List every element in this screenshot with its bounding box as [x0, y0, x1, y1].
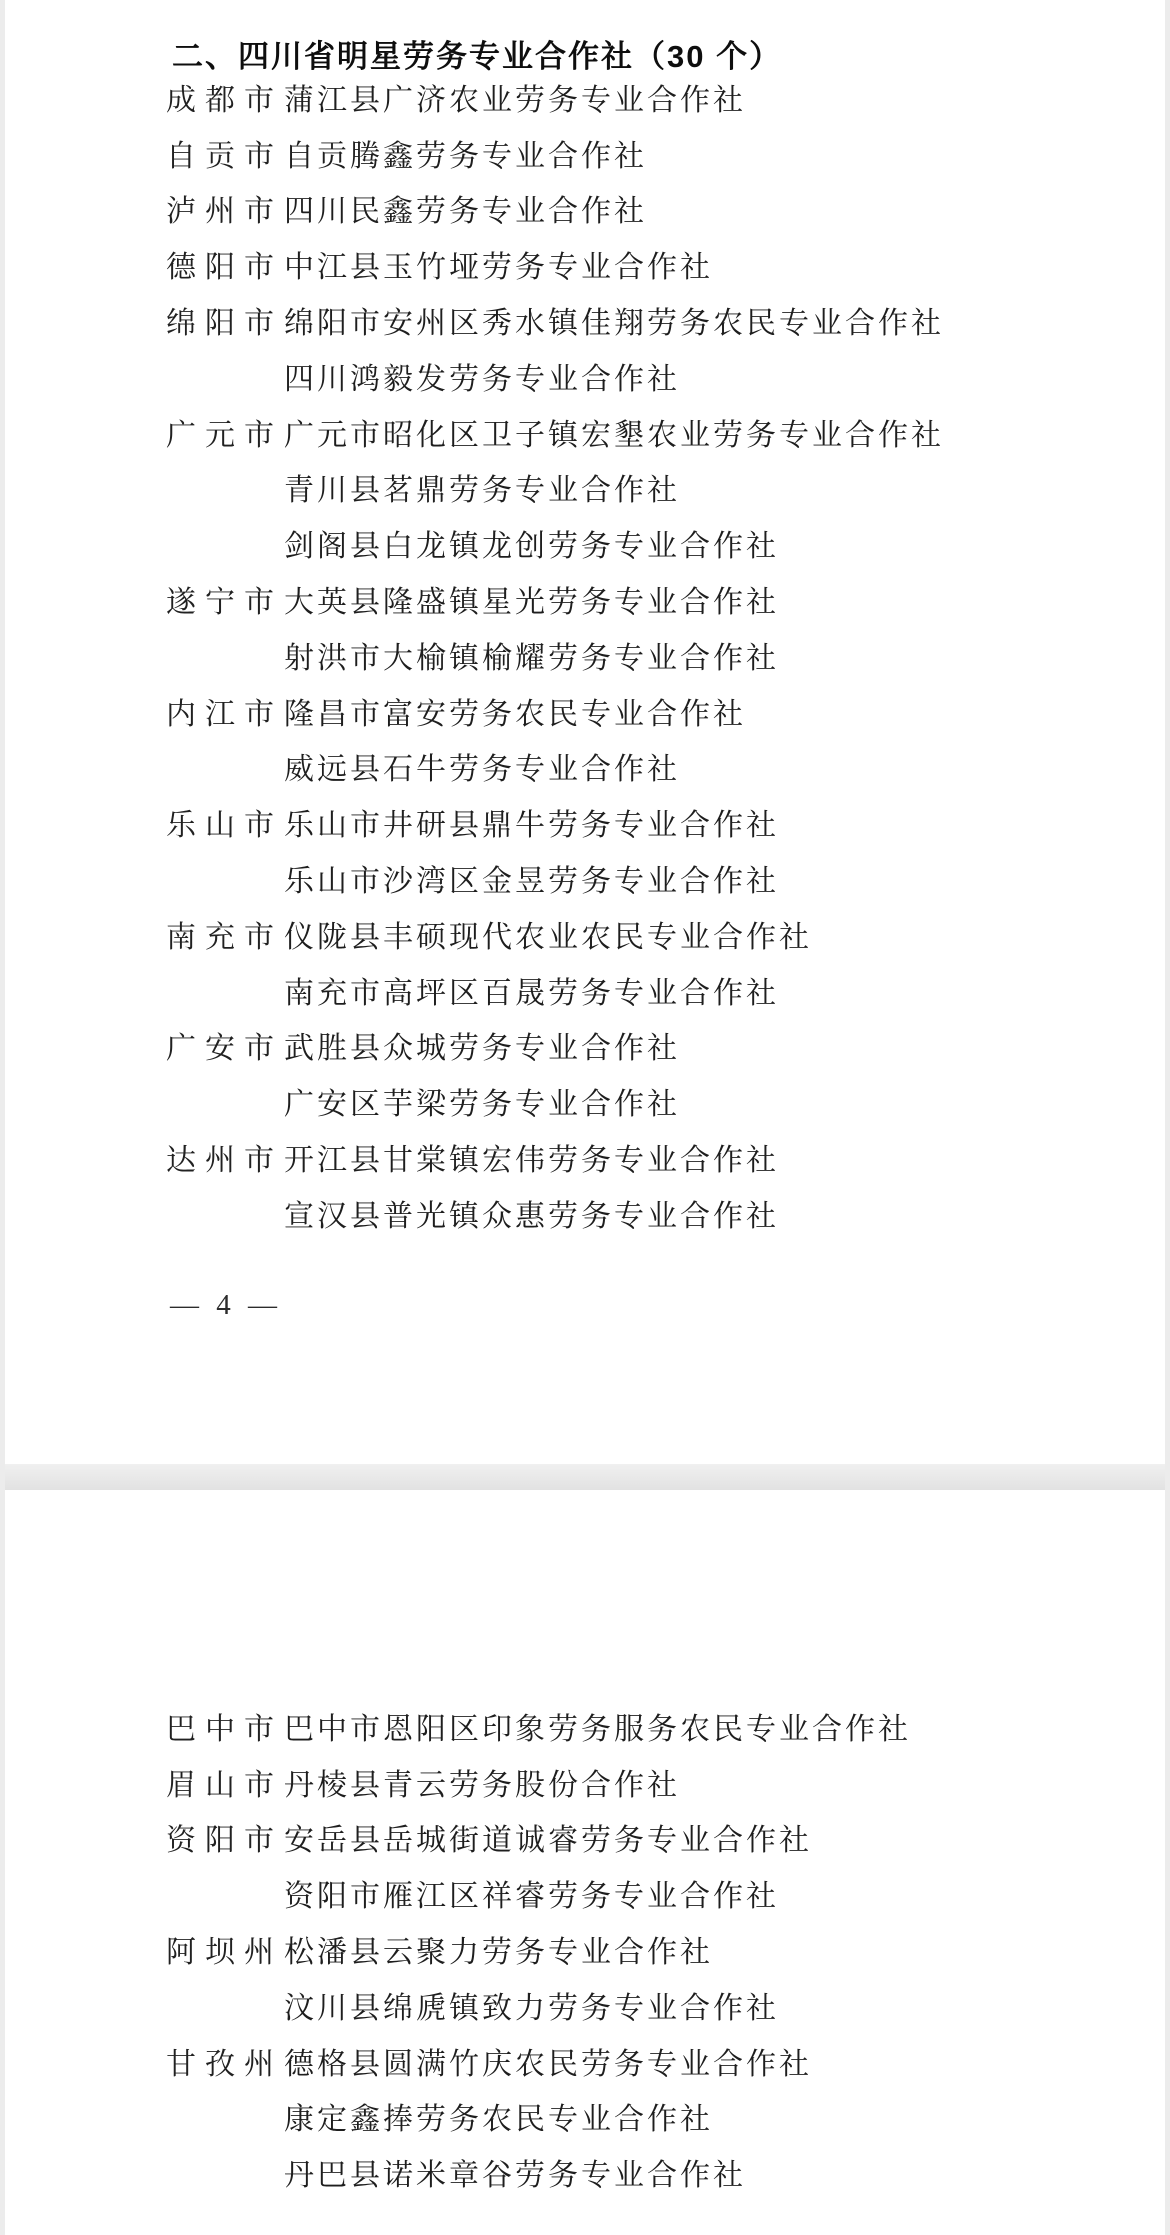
page-number: — 4 —: [170, 1289, 282, 1322]
list-row: 泸州市 四川民鑫劳务专业合作社: [0, 181, 1170, 237]
list-row: 青川县茗鼎劳务专业合作社: [0, 460, 1170, 516]
cooperative-name: 丹巴县诺米章谷劳务专业合作社: [284, 2150, 746, 2194]
cooperative-name: 康定鑫捧劳务农民专业合作社: [284, 2094, 713, 2138]
list-row: 巴中市 巴中市恩阳区印象劳务服务农民专业合作社: [0, 1698, 1170, 1754]
cooperative-name: 乐山市沙湾区金昱劳务专业合作社: [284, 856, 779, 900]
list-row: 威远县石牛劳务专业合作社: [0, 739, 1170, 795]
list-row: 南充市高坪区百晟劳务专业合作社: [0, 962, 1170, 1018]
list-row: 丹巴县诺米章谷劳务专业合作社: [0, 2144, 1170, 2200]
cooperative-list-page-5: 巴中市 巴中市恩阳区印象劳务服务农民专业合作社 眉山市 丹棱县青云劳务股份合作社…: [0, 1698, 1170, 2200]
city-label: 成都市: [166, 75, 284, 119]
document-page-4: 二、四川省明星劳务专业合作社（30 个） 成都市 蒲江县广济农业劳务专业合作社 …: [0, 0, 1170, 1464]
city-label: 巴中市: [166, 1704, 284, 1748]
city-label: 遂宁市: [166, 577, 284, 621]
cooperative-name: 开江县甘棠镇宏伟劳务专业合作社: [284, 1135, 779, 1179]
list-row: 遂宁市 大英县隆盛镇星光劳务专业合作社: [0, 571, 1170, 627]
cooperative-name: 丹棱县青云劳务股份合作社: [284, 1760, 680, 1804]
viewer-left-edge: [0, 0, 5, 2235]
cooperative-name: 青川县茗鼎劳务专业合作社: [284, 465, 680, 509]
list-row: 汶川县绵虒镇致力劳务专业合作社: [0, 1977, 1170, 2033]
cooperative-name: 剑阁县白龙镇龙创劳务专业合作社: [284, 521, 779, 565]
cooperative-name: 射洪市大榆镇榆耀劳务专业合作社: [284, 633, 779, 677]
list-row: 乐山市 乐山市井研县鼎牛劳务专业合作社: [0, 794, 1170, 850]
list-row: 南充市 仪陇县丰硕现代农业农民专业合作社: [0, 906, 1170, 962]
city-label: 达州市: [166, 1135, 284, 1179]
list-row: 广安区芋梁劳务专业合作社: [0, 1073, 1170, 1129]
cooperative-name: 宣汉县普光镇众惠劳务专业合作社: [284, 1191, 779, 1235]
cooperative-name: 巴中市恩阳区印象劳务服务农民专业合作社: [284, 1704, 911, 1748]
cooperative-name: 汶川县绵虒镇致力劳务专业合作社: [284, 1983, 779, 2027]
city-label: 资阳市: [166, 1815, 284, 1859]
city-label: 广元市: [166, 410, 284, 454]
city-label: 内江市: [166, 689, 284, 733]
cooperative-name: 安岳县岳城街道诚睿劳务专业合作社: [284, 1815, 812, 1859]
city-label: 绵阳市: [166, 298, 284, 342]
list-row: 德阳市 中江县玉竹垭劳务专业合作社: [0, 236, 1170, 292]
cooperative-name: 广元市昭化区卫子镇宏墾农业劳务专业合作社: [284, 410, 944, 454]
cooperative-name: 德格县圆满竹庆农民劳务专业合作社: [284, 2039, 812, 2083]
viewer-right-edge: [1165, 0, 1170, 2235]
cooperative-name: 广安区芋梁劳务专业合作社: [284, 1079, 680, 1123]
cooperative-list-page-4: 成都市 蒲江县广济农业劳务专业合作社 自贡市 自贡腾鑫劳务专业合作社 泸州市 四…: [0, 69, 1170, 1241]
city-label: 眉山市: [166, 1760, 284, 1804]
cooperative-name: 松潘县云聚力劳务专业合作社: [284, 1927, 713, 1971]
city-label: 甘孜州: [166, 2039, 284, 2083]
cooperative-name: 威远县石牛劳务专业合作社: [284, 744, 680, 788]
list-row: 绵阳市 绵阳市安州区秀水镇佳翔劳务农民专业合作社: [0, 292, 1170, 348]
list-row: 阿坝州 松潘县云聚力劳务专业合作社: [0, 1921, 1170, 1977]
cooperative-name: 仪陇县丰硕现代农业农民专业合作社: [284, 912, 812, 956]
list-row: 广安市 武胜县众城劳务专业合作社: [0, 1018, 1170, 1074]
list-row: 甘孜州 德格县圆满竹庆农民劳务专业合作社: [0, 2033, 1170, 2089]
cooperative-name: 资阳市雁江区祥睿劳务专业合作社: [284, 1871, 779, 1915]
city-label: 德阳市: [166, 242, 284, 286]
cooperative-name: 四川鸿毅发劳务专业合作社: [284, 354, 680, 398]
cooperative-name: 南充市高坪区百晟劳务专业合作社: [284, 968, 779, 1012]
page-break-gap: [0, 1464, 1170, 1492]
list-row: 康定鑫捧劳务农民专业合作社: [0, 2089, 1170, 2145]
cooperative-name: 大英县隆盛镇星光劳务专业合作社: [284, 577, 779, 621]
list-row: 资阳市雁江区祥睿劳务专业合作社: [0, 1865, 1170, 1921]
city-label: 乐山市: [166, 800, 284, 844]
list-row: 自贡市 自贡腾鑫劳务专业合作社: [0, 125, 1170, 181]
list-row: 成都市 蒲江县广济农业劳务专业合作社: [0, 69, 1170, 125]
list-row: 资阳市 安岳县岳城街道诚睿劳务专业合作社: [0, 1810, 1170, 1866]
list-row: 宣汉县普光镇众惠劳务专业合作社: [0, 1185, 1170, 1241]
list-row: 四川鸿毅发劳务专业合作社: [0, 348, 1170, 404]
list-row: 射洪市大榆镇榆耀劳务专业合作社: [0, 627, 1170, 683]
list-row: 广元市 广元市昭化区卫子镇宏墾农业劳务专业合作社: [0, 404, 1170, 460]
list-row: 剑阁县白龙镇龙创劳务专业合作社: [0, 515, 1170, 571]
city-label: 泸州市: [166, 186, 284, 230]
document-page-5: 巴中市 巴中市恩阳区印象劳务服务农民专业合作社 眉山市 丹棱县青云劳务股份合作社…: [0, 1490, 1170, 2235]
city-label: 南充市: [166, 912, 284, 956]
list-row: 内江市 隆昌市富安劳务农民专业合作社: [0, 683, 1170, 739]
cooperative-name: 武胜县众城劳务专业合作社: [284, 1023, 680, 1067]
list-row: 乐山市沙湾区金昱劳务专业合作社: [0, 850, 1170, 906]
cooperative-name: 蒲江县广济农业劳务专业合作社: [284, 75, 746, 119]
cooperative-name: 隆昌市富安劳务农民专业合作社: [284, 689, 746, 733]
city-label: 自贡市: [166, 131, 284, 175]
list-row: 达州市 开江县甘棠镇宏伟劳务专业合作社: [0, 1129, 1170, 1185]
cooperative-name: 自贡腾鑫劳务专业合作社: [284, 131, 647, 175]
cooperative-name: 四川民鑫劳务专业合作社: [284, 186, 647, 230]
cooperative-name: 乐山市井研县鼎牛劳务专业合作社: [284, 800, 779, 844]
pdf-viewer-canvas: 二、四川省明星劳务专业合作社（30 个） 成都市 蒲江县广济农业劳务专业合作社 …: [0, 0, 1170, 2235]
city-label: 广安市: [166, 1023, 284, 1067]
city-label: 阿坝州: [166, 1927, 284, 1971]
cooperative-name: 绵阳市安州区秀水镇佳翔劳务农民专业合作社: [284, 298, 944, 342]
cooperative-name: 中江县玉竹垭劳务专业合作社: [284, 242, 713, 286]
list-row: 眉山市 丹棱县青云劳务股份合作社: [0, 1754, 1170, 1810]
